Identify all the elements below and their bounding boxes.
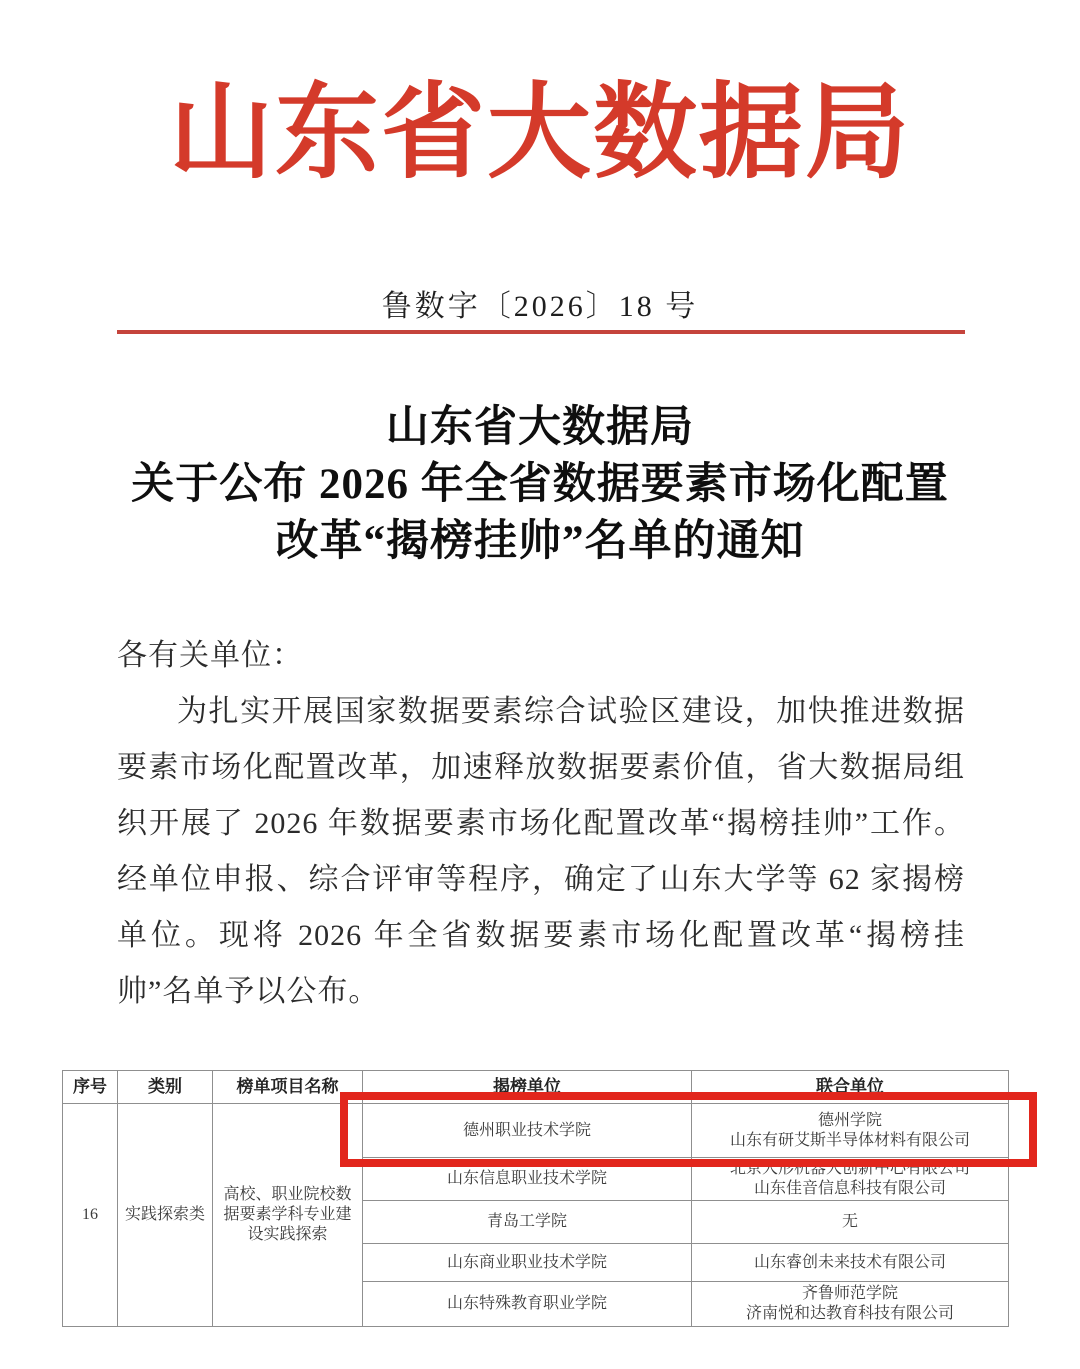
serial-cell: 16	[63, 1104, 118, 1327]
awardee-cell: 青岛工学院	[363, 1201, 692, 1244]
partner-line: 德州学院	[695, 1111, 1005, 1131]
partner-line: 山东佳音信息科技有限公司	[695, 1179, 1005, 1199]
header-serial: 序号	[63, 1071, 118, 1104]
awardee-cell: 山东特殊教育职业学院	[363, 1282, 692, 1327]
awardee-cell: 山东商业职业技术学院	[363, 1244, 692, 1282]
partner-cell: 北京人形机器人创新中心有限公司 山东佳音信息科技有限公司	[692, 1158, 1009, 1201]
notice-body: 各有关单位： 为扎实开展国家数据要素综合试验区建设，加快推进数据要素市场化配置改…	[117, 628, 965, 1020]
partner-line: 济南悦和达教育科技有限公司	[695, 1304, 1005, 1324]
partner-cell: 无	[692, 1201, 1009, 1244]
document-page: 山东省大数据局 鲁数字〔2026〕18 号 山东省大数据局 关于公布 2026 …	[0, 0, 1080, 1369]
notice-title-line-3: 改革“揭榜挂帅”名单的通知	[0, 513, 1080, 570]
body-paragraph: 为扎实开展国家数据要素综合试验区建设，加快推进数据要素市场化配置改革，加速释放数…	[117, 684, 965, 1020]
awardee-cell: 山东信息职业技术学院	[363, 1158, 692, 1201]
awardee-cell: 德州职业技术学院	[363, 1104, 692, 1158]
header-category: 类别	[118, 1071, 213, 1104]
partner-cell: 德州学院 山东有研艾斯半导体材料有限公司	[692, 1104, 1009, 1158]
salutation: 各有关单位：	[117, 628, 965, 684]
partner-line: 齐鲁师范学院	[695, 1284, 1005, 1304]
header-partner-unit: 联合单位	[692, 1071, 1009, 1104]
partner-cell: 齐鲁师范学院 济南悦和达教育科技有限公司	[692, 1282, 1009, 1327]
table-header-row: 序号 类别 榜单项目名称 揭榜单位 联合单位	[63, 1071, 1009, 1104]
partner-cell: 山东睿创未来技术有限公司	[692, 1244, 1009, 1282]
notice-title: 山东省大数据局 关于公布 2026 年全省数据要素市场化配置 改革“揭榜挂帅”名…	[0, 399, 1080, 570]
letterhead-title: 山东省大数据局	[0, 48, 1080, 198]
notice-title-line-2: 关于公布 2026 年全省数据要素市场化配置	[0, 456, 1080, 513]
notice-title-line-1: 山东省大数据局	[0, 399, 1080, 456]
header-project-name: 榜单项目名称	[213, 1071, 363, 1104]
category-cell: 实践探索类	[118, 1104, 213, 1327]
partner-line: 山东有研艾斯半导体材料有限公司	[695, 1131, 1005, 1151]
document-number: 鲁数字〔2026〕18 号	[0, 281, 1080, 325]
letterhead-divider-rule	[117, 330, 965, 334]
table-row: 16 实践探索类 高校、职业院校数据要素学科专业建设实践探索 德州职业技术学院 …	[63, 1104, 1009, 1158]
partner-line: 北京人形机器人创新中心有限公司	[695, 1159, 1005, 1179]
project-name-cell: 高校、职业院校数据要素学科专业建设实践探索	[213, 1104, 363, 1327]
award-roster-table: 序号 类别 榜单项目名称 揭榜单位 联合单位 16 实践探索类 高校、职业院校数…	[62, 1070, 1009, 1327]
header-awardee-unit: 揭榜单位	[363, 1071, 692, 1104]
